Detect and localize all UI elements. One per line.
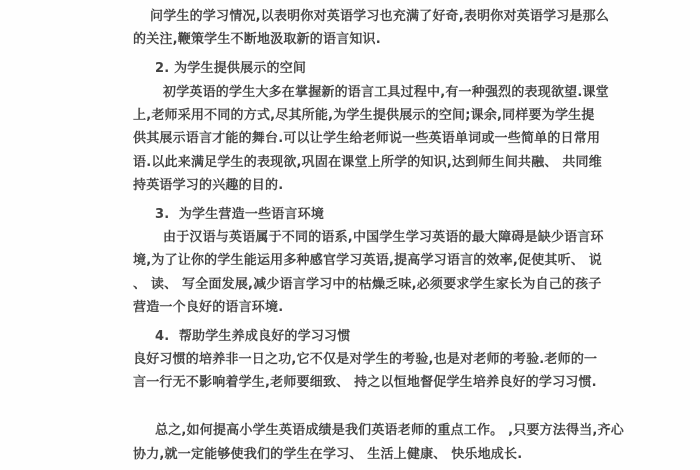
- document-text: 问学生的学习情况,以表明你对英语学习也充满了好奇,表明你对英语学习是那么的关注,…: [0, 0, 700, 470]
- text-line: 总之,如何提高小学生英语成绩是我们英语老师的重点工作。 ,只要方法得当,齐心: [155, 422, 624, 439]
- text-line: 言一行无不影响着学生,老师要细致、 持之以恒地督促学生培养良好的学习习惯.: [133, 374, 597, 391]
- text-line: 协力,就一定能够使我们的学生在学习、 生活上健康、 快乐地成长.: [133, 446, 522, 463]
- section-heading: 2. 为学生提供展示的空间: [155, 60, 306, 77]
- section-heading: 4. 帮助学生养成良好的学习习惯: [155, 328, 350, 345]
- section-heading: 3. 为学生营造一些语言环境: [155, 206, 324, 223]
- text-line: 初学英语的学生大多在掌握新的语言工具过程中,有一种强烈的表现欲望.课堂: [163, 84, 609, 101]
- text-line: 持英语学习的兴趣的目的.: [133, 177, 283, 194]
- text-line: 境,为了让你的学生能运用多种感官学习英语,提高学习语言的效率,促使其听、 说: [133, 252, 602, 269]
- text-line: 问学生的学习情况,以表明你对英语学习也充满了好奇,表明你对英语学习是那么: [150, 8, 609, 25]
- text-line: 的关注,鞭策学生不断地汲取新的语言知识.: [133, 31, 381, 48]
- text-line: 良好习惯的培养非一日之功,它不仅是对学生的考验,也是对老师的考验.老师的一: [133, 351, 597, 368]
- document-page: 问学生的学习情况,以表明你对英语学习也充满了好奇,表明你对英语学习是那么的关注,…: [0, 0, 700, 470]
- text-line: 供其展示语言才能的舞台.可以让学生给老师说一些英语单词或一些简单的日常用: [133, 130, 600, 147]
- text-line: 营造一个良好的语言环境.: [133, 299, 283, 316]
- text-line: 、 读、 写全面发展,减少语言学习中的枯燥乏味,必须要求学生家长为自己的孩子: [133, 276, 602, 293]
- text-line: 上,老师采用不同的方式,尽其所能,为学生提供展示的空间;课余,同样要为学生提: [133, 107, 595, 124]
- text-line: 由于汉语与英语属于不同的语系,中国学生学习英语的最大障碍是缺少语言环: [163, 229, 604, 246]
- text-line: 语.以此来满足学生的表现欲,巩固在课堂上所学的知识,达到师生间共融、 共同维: [133, 154, 602, 171]
